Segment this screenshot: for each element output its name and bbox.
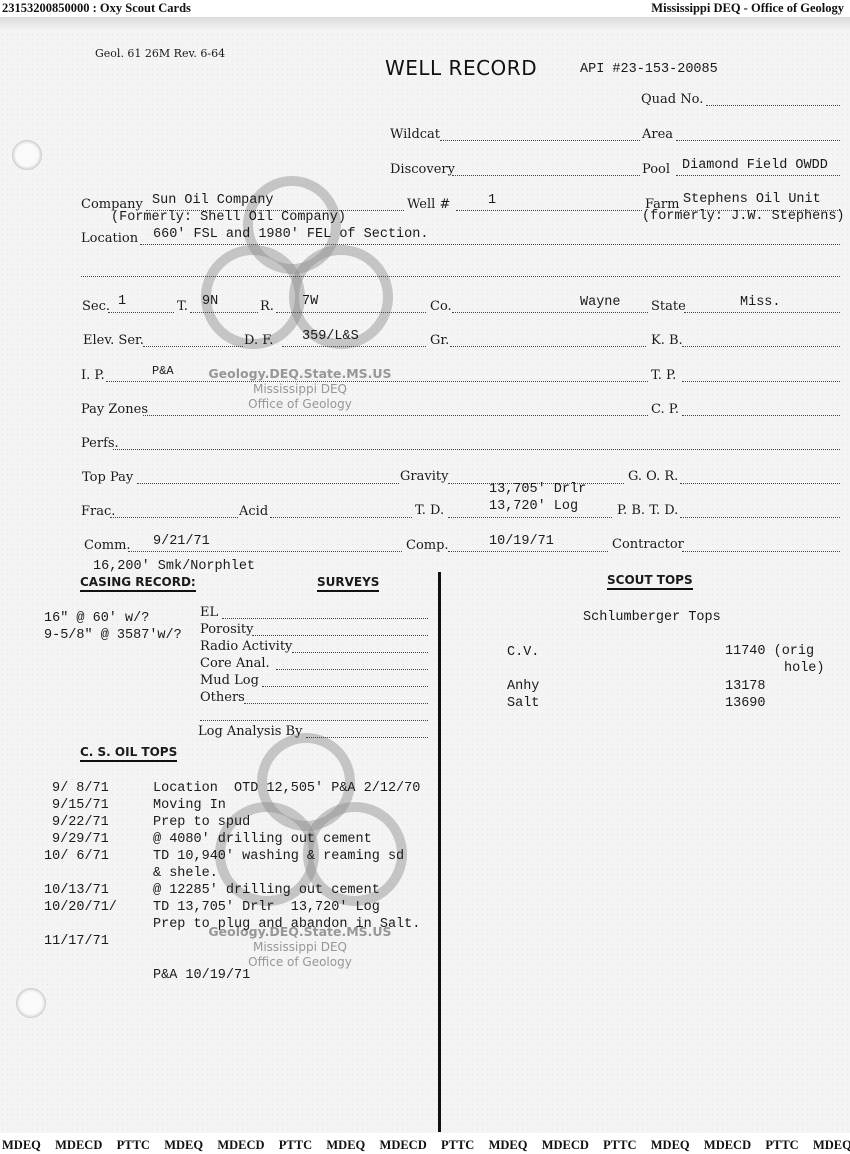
acid-label: Acid [239,504,268,519]
survey-porosity-label: Porosity [200,622,254,637]
punch-hole-icon [12,140,42,170]
well-no-value: 1 [488,193,496,208]
quad-no-label: Quad No. [641,92,703,107]
ip-field[interactable] [106,381,648,382]
township-value: 9N [202,294,218,309]
td-label: T. D. [415,503,444,518]
objective-depth: 16,200' Smk/Norphlet [93,559,255,574]
contractor-field[interactable] [682,551,840,552]
gr-label: Gr. [430,333,449,348]
farm-former-note: (formerly: J.W. Stephens) [642,209,845,224]
company-value: Sun Oil Company [152,193,274,208]
formation-depth: 11740 (orig [725,644,814,659]
pbtd-label: P. B. T. D. [617,503,678,518]
formation-name: C.V. [507,645,539,660]
survey-porosity-field[interactable] [252,635,428,636]
comp-label: Comp. [406,538,449,553]
casing-record-heading: CASING RECORD: [80,575,196,592]
county-label: Co. [430,299,452,314]
schlumberger-tops-subheading: Schlumberger Tops [583,610,721,625]
top-pay-field[interactable] [137,483,399,484]
pay-zones-field[interactable] [143,415,648,416]
kb-label: K. B. [651,333,683,348]
state-value: Miss. [740,295,781,310]
form-title: WELL RECORD [385,56,537,80]
formation-name: Anhy [507,679,539,694]
punch-hole-icon [16,988,46,1018]
frac-field[interactable] [110,517,238,518]
formation-depth: 13178 [725,679,766,694]
township-label: T. [177,299,188,314]
log-date: 10/20/71/ [44,900,117,915]
log-text: Prep to spud [153,815,250,830]
location-value: 660' FSL and 1980' FEL of Section. [153,227,428,242]
tp-label: T. P. [651,368,676,383]
survey-el-field[interactable] [222,618,428,619]
casing-item: 9-5/8" @ 3587'w/? [44,628,182,643]
log-date: 9/ 8/71 [52,781,109,796]
td-log-value: 13,720' Log [489,499,578,514]
gravity-label: Gravity [400,469,448,484]
well-no-field[interactable] [456,210,642,211]
sec-field[interactable] [108,312,174,313]
pool-field[interactable] [676,175,840,176]
perfs-field[interactable] [113,449,840,450]
td-driller-value: 13,705' Drlr [489,482,586,497]
log-date: 9/15/71 [52,798,109,813]
cp-label: C. P. [651,402,679,417]
form-number: Geol. 61 26M Rev. 6-64 [95,47,225,60]
surveys-heading: SURVEYS [317,575,379,592]
cs-oil-tops-heading: C. S. OIL TOPS [80,745,177,762]
farm-value: Stephens Oil Unit [683,192,821,207]
formation-note: hole) [784,661,825,676]
log-text: TD 13,705' Drlr 13,720' Log [153,900,380,915]
state-field[interactable] [684,312,840,313]
pool-value: Diamond Field OWDD [682,158,828,173]
api-number: API #23-153-20085 [580,62,718,77]
log-date: 11/17/71 [44,934,109,949]
kb-field[interactable] [682,346,840,347]
discovery-field[interactable] [452,175,640,176]
log-text: @ 12285' drilling out cement [153,883,380,898]
comp-field[interactable] [448,551,608,552]
well-no-label: Well # [407,197,450,212]
log-date: 10/ 6/71 [44,849,109,864]
log-text: @ 4080' drilling out cement [153,832,372,847]
ip-value: P&A [152,364,174,378]
company-former-note: (Formerly: Shell Oil Company) [111,210,346,225]
survey-others-field[interactable] [244,703,428,704]
range-field[interactable] [276,312,426,313]
pay-zones-label: Pay Zones [81,402,148,417]
column-divider [438,572,441,1132]
elev-ser-label: Elev. Ser. [83,333,144,348]
cp-field[interactable] [682,415,840,416]
range-value: 7W [302,294,318,309]
wildcat-label: Wildcat [390,127,440,142]
footer-agency-strip: MDEQ MDECD PTTC MDEQ MDECD PTTC MDEQ MDE… [0,1136,850,1154]
wildcat-field[interactable] [440,140,640,141]
scout-tops-heading: SCOUT TOPS [607,573,693,590]
gor-label: G. O. R. [628,469,678,484]
township-field[interactable] [190,312,258,313]
df-label: D. F. [244,333,273,348]
plugged-abandoned-date: P&A 10/19/71 [153,968,250,983]
agency-title: Mississippi DEQ - Office of Geology [651,0,844,17]
tp-field[interactable] [682,381,840,382]
paper-curl [0,17,850,31]
comm-value: 9/21/71 [153,534,210,549]
log-date: 10/13/71 [44,883,109,898]
acid-field[interactable] [270,517,412,518]
survey-mud-log-label: Mud Log [200,673,259,688]
td-field[interactable] [448,517,612,518]
contractor-label: Contractor [612,537,684,552]
comm-field[interactable] [128,551,402,552]
document-header-bar: 23153200850000 : Oxy Scout Cards Mississ… [0,0,850,17]
log-date: 9/29/71 [52,832,109,847]
survey-radio-activity-field[interactable] [292,652,428,653]
survey-core-anal-field[interactable] [276,669,428,670]
watermark-url: Geology.DEQ.State.MS.US [200,366,400,381]
survey-others-label: Others [200,690,245,705]
elev-ser-field[interactable] [143,346,243,347]
gor-field[interactable] [680,483,840,484]
survey-blank-field[interactable] [200,720,428,721]
survey-mud-log-field[interactable] [262,686,428,687]
log-text: TD 10,940' washing & reaming sd [153,849,404,864]
survey-radio-activity-label: Radio Activity [200,639,292,654]
gr-field[interactable] [450,346,646,347]
pbtd-field[interactable] [680,517,840,518]
state-label: State [651,299,686,314]
log-analysis-by-label: Log Analysis By [198,724,302,739]
location-field[interactable] [140,244,840,245]
location-field-line-2[interactable] [81,276,840,277]
pool-label: Pool [642,162,670,177]
ip-label: I. P. [81,368,105,383]
log-text: Prep to plug and abandon in Salt. [153,917,420,932]
area-field[interactable] [676,140,840,141]
formation-name: Salt [507,696,539,711]
survey-el-label: EL [200,605,218,620]
document-id-title: 23153200850000 : Oxy Scout Cards [2,0,191,17]
df-value: 359/L&S [302,329,359,344]
area-label: Area [642,127,673,142]
survey-core-anal-label: Core Anal. [200,656,270,671]
quad-no-field[interactable] [706,105,840,106]
comp-value: 10/19/71 [489,534,554,549]
df-field[interactable] [282,346,426,347]
county-field[interactable] [452,312,648,313]
comm-label: Comm. [84,538,131,553]
watermark-office: Office of Geology [200,955,400,969]
log-text: & shele. [153,866,218,881]
log-analysis-by-field[interactable] [306,737,428,738]
log-date: 9/22/71 [52,815,109,830]
log-text: Moving In [153,798,226,813]
formation-depth: 13690 [725,696,766,711]
location-label: Location [81,231,138,246]
top-pay-label: Top Pay [82,470,133,485]
sec-label: Sec. [82,299,110,314]
county-value: Wayne [580,295,621,310]
range-label: R. [260,299,274,314]
discovery-label: Discovery [390,162,455,177]
log-text: Location OTD 12,505' P&A 2/12/70 [153,781,420,796]
watermark-agency: Mississippi DEQ [200,382,400,396]
watermark-agency: Mississippi DEQ [200,940,400,954]
watermark-office: Office of Geology [200,397,400,411]
sec-value: 1 [118,294,126,309]
casing-item: 16" @ 60' w/? [44,611,149,626]
